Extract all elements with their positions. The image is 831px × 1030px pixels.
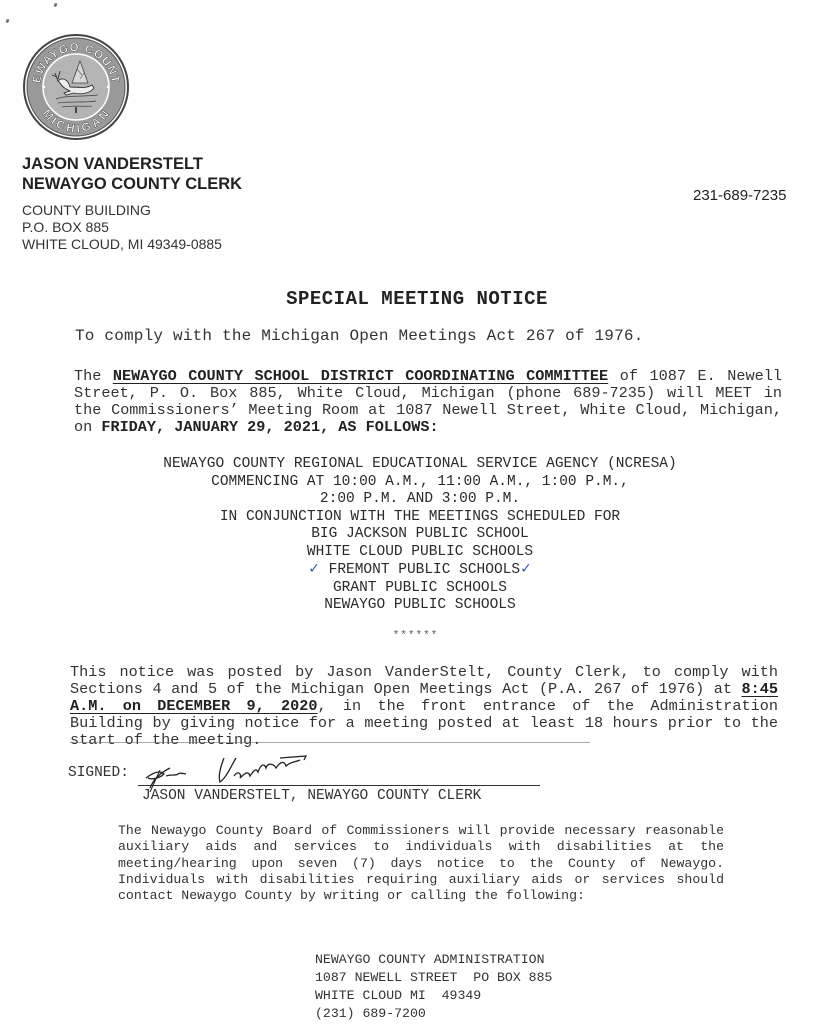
contact-address: NEWAYGO COUNTY ADMINISTRATION 1087 NEWEL… bbox=[315, 951, 552, 1023]
intro-statement: To comply with the Michigan Open Meeting… bbox=[75, 327, 644, 345]
address-line: COUNTY BUILDING bbox=[22, 202, 222, 219]
clerk-title: NEWAYGO COUNTY CLERK bbox=[22, 174, 242, 194]
checkmark-icon: ✓ bbox=[308, 561, 320, 577]
contact-line: NEWAYGO COUNTY ADMINISTRATION bbox=[315, 951, 552, 969]
posting-paragraph: This notice was posted by Jason VanderSt… bbox=[70, 664, 778, 749]
county-seal-icon: NEWAYGO COUNTY MICHIGAN bbox=[22, 33, 130, 141]
document-title-text: SPECIAL MEETING NOTICE bbox=[286, 288, 548, 310]
school-item: WHITE CLOUD PUBLIC SCHOOLS bbox=[60, 544, 780, 562]
meeting-details-paragraph: The NEWAYGO COUNTY SCHOOL DISTRICT COORD… bbox=[74, 368, 782, 436]
scan-speck bbox=[53, 3, 58, 8]
committee-name: NEWAYGO COUNTY SCHOOL DISTRICT COORDINAT… bbox=[113, 367, 608, 385]
address-line: WHITE CLOUD, MI 49349-0885 bbox=[22, 236, 222, 253]
schedule-line: NEWAYGO COUNTY REGIONAL EDUCATIONAL SERV… bbox=[60, 456, 780, 474]
signed-label: SIGNED: bbox=[68, 765, 129, 781]
letterhead-phone: 231-689-7235 bbox=[693, 187, 786, 204]
school-item: NEWAYGO PUBLIC SCHOOLS bbox=[60, 597, 780, 615]
p1-lead: The bbox=[74, 367, 113, 385]
meeting-date: FRIDAY, JANUARY 29, 2021, AS FOLLOWS: bbox=[101, 418, 438, 436]
schedule-line: COMMENCING AT 10:00 A.M., 11:00 A.M., 1:… bbox=[60, 474, 780, 492]
contact-phone: (231) 689-7200 bbox=[315, 1005, 552, 1023]
school-item-checked: ✓ FREMONT PUBLIC SCHOOLS✓ bbox=[60, 561, 780, 580]
signature-line bbox=[138, 785, 540, 786]
contact-line: WHITE CLOUD MI 49349 bbox=[315, 987, 552, 1005]
checkmark-icon: ✓ bbox=[520, 561, 532, 577]
document-title: SPECIAL MEETING NOTICE bbox=[0, 288, 831, 310]
p2-lead: This notice was posted by Jason VanderSt… bbox=[70, 663, 778, 698]
schedule-line: 2:00 P.M. AND 3:00 P.M. bbox=[60, 491, 780, 509]
scan-speck bbox=[5, 19, 10, 24]
contact-line: 1087 NEWELL STREET PO BOX 885 bbox=[315, 969, 552, 987]
signer-name: JASON VANDERSTELT, NEWAYGO COUNTY CLERK bbox=[142, 788, 481, 804]
school-item: GRANT PUBLIC SCHOOLS bbox=[60, 580, 780, 598]
accessibility-paragraph: The Newaygo County Board of Commissioner… bbox=[118, 823, 724, 904]
schedule-block: NEWAYGO COUNTY REGIONAL EDUCATIONAL SERV… bbox=[60, 456, 780, 615]
school-item: BIG JACKSON PUBLIC SCHOOL bbox=[60, 526, 780, 544]
school-name: FREMONT PUBLIC SCHOOLS bbox=[329, 562, 520, 578]
scan-strike-line bbox=[70, 742, 590, 743]
letterhead-name-block: JASON VANDERSTELT NEWAYGO COUNTY CLERK bbox=[22, 154, 242, 194]
letterhead-address: COUNTY BUILDING P.O. BOX 885 WHITE CLOUD… bbox=[22, 202, 222, 253]
clerk-name: JASON VANDERSTELT bbox=[22, 154, 242, 174]
address-line: P.O. BOX 885 bbox=[22, 219, 222, 236]
schedule-line: IN CONJUNCTION WITH THE MEETINGS SCHEDUL… bbox=[60, 509, 780, 527]
section-separator: ****** bbox=[0, 630, 831, 642]
